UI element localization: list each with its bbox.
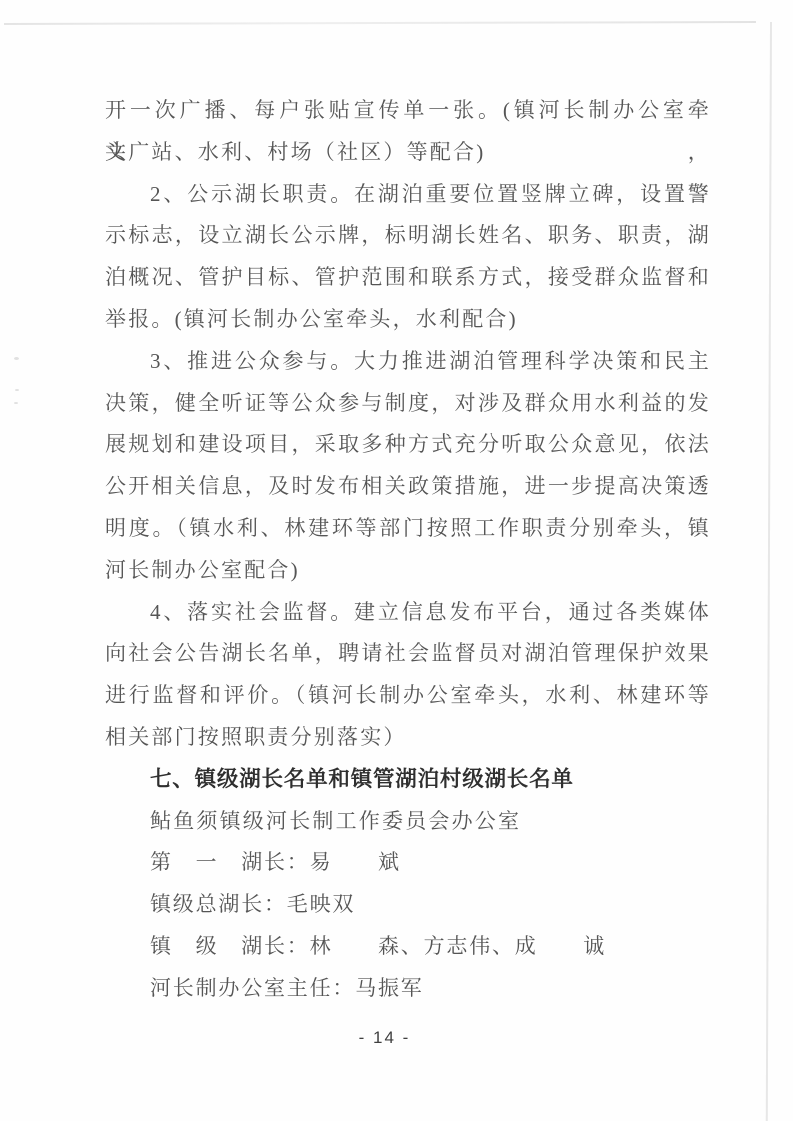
lake-chief-list-line: 镇 级 湖长：林 森、方志伟、成 诚 [105,926,711,968]
document-line: 明度。（镇水利、林建环等部门按照工作职责分别牵头，镇 [105,508,711,550]
lake-chief-list-line: 镇级总湖长：毛映双 [105,884,711,926]
document-line: 公开相关信息，及时发布相关政策措施，进一步提高决策透 [105,466,711,508]
document-line: 向社会公告湖长名单，聘请社会监督员对湖泊管理保护效果 [105,633,711,675]
document-line: 展规划和建设项目，采取多种方式充分听取公众意见，依法 [105,424,711,466]
scanned-document-page: 开一次广播、每户张贴宣传单一张。(镇河长制办公室牵头， 文广站、水利、村场（社区… [0,0,793,1121]
document-line: 进行监督和评价。（镇河长制办公室牵头，水利、林建环等 [105,675,711,717]
section-heading: 七、镇级湖长名单和镇管湖泊村级湖长名单 [105,759,711,801]
document-line: 2、公示湖长职责。在湖泊重要位置竖牌立碑，设置警 [105,174,711,216]
scan-artifact-vertical-line [766,22,772,1121]
document-line: 举报。(镇河长制办公室牵头，水利配合) [105,299,711,341]
scan-speck [14,402,18,404]
document-line: 河长制办公室配合) [105,550,711,592]
scan-artifact-horizontal-line [4,21,756,25]
document-line: 泊概况、管护目标、管护范围和联系方式，接受群众监督和 [105,257,711,299]
document-line: 相关部门按照职责分别落实） [105,717,711,759]
document-line: 示标志，设立湖长公示牌，标明湖长姓名、职务、职责，湖 [105,215,711,257]
document-line: 决策，健全听证等公众参与制度，对涉及群众用水利益的发 [105,383,711,425]
lake-chief-list-line: 河长制办公室主任：马振军 [105,968,711,1010]
document-line: 4、落实社会监督。建立信息发布平台，通过各类媒体 [105,592,711,634]
document-line: 3、推进公众参与。大力推进湖泊管理科学决策和民主 [105,341,711,383]
scan-speck [14,357,19,360]
document-body: 开一次广播、每户张贴宣传单一张。(镇河长制办公室牵头， 文广站、水利、村场（社区… [105,90,711,1010]
scan-speck [15,389,19,391]
page-number: - 14 - [0,1028,781,1048]
office-name-line: 鲇鱼须镇级河长制工作委员会办公室 [105,801,711,843]
lake-chief-list-line: 第 一 湖长：易 斌 [105,842,711,884]
document-line: 开一次广播、每户张贴宣传单一张。(镇河长制办公室牵头， [105,90,711,132]
